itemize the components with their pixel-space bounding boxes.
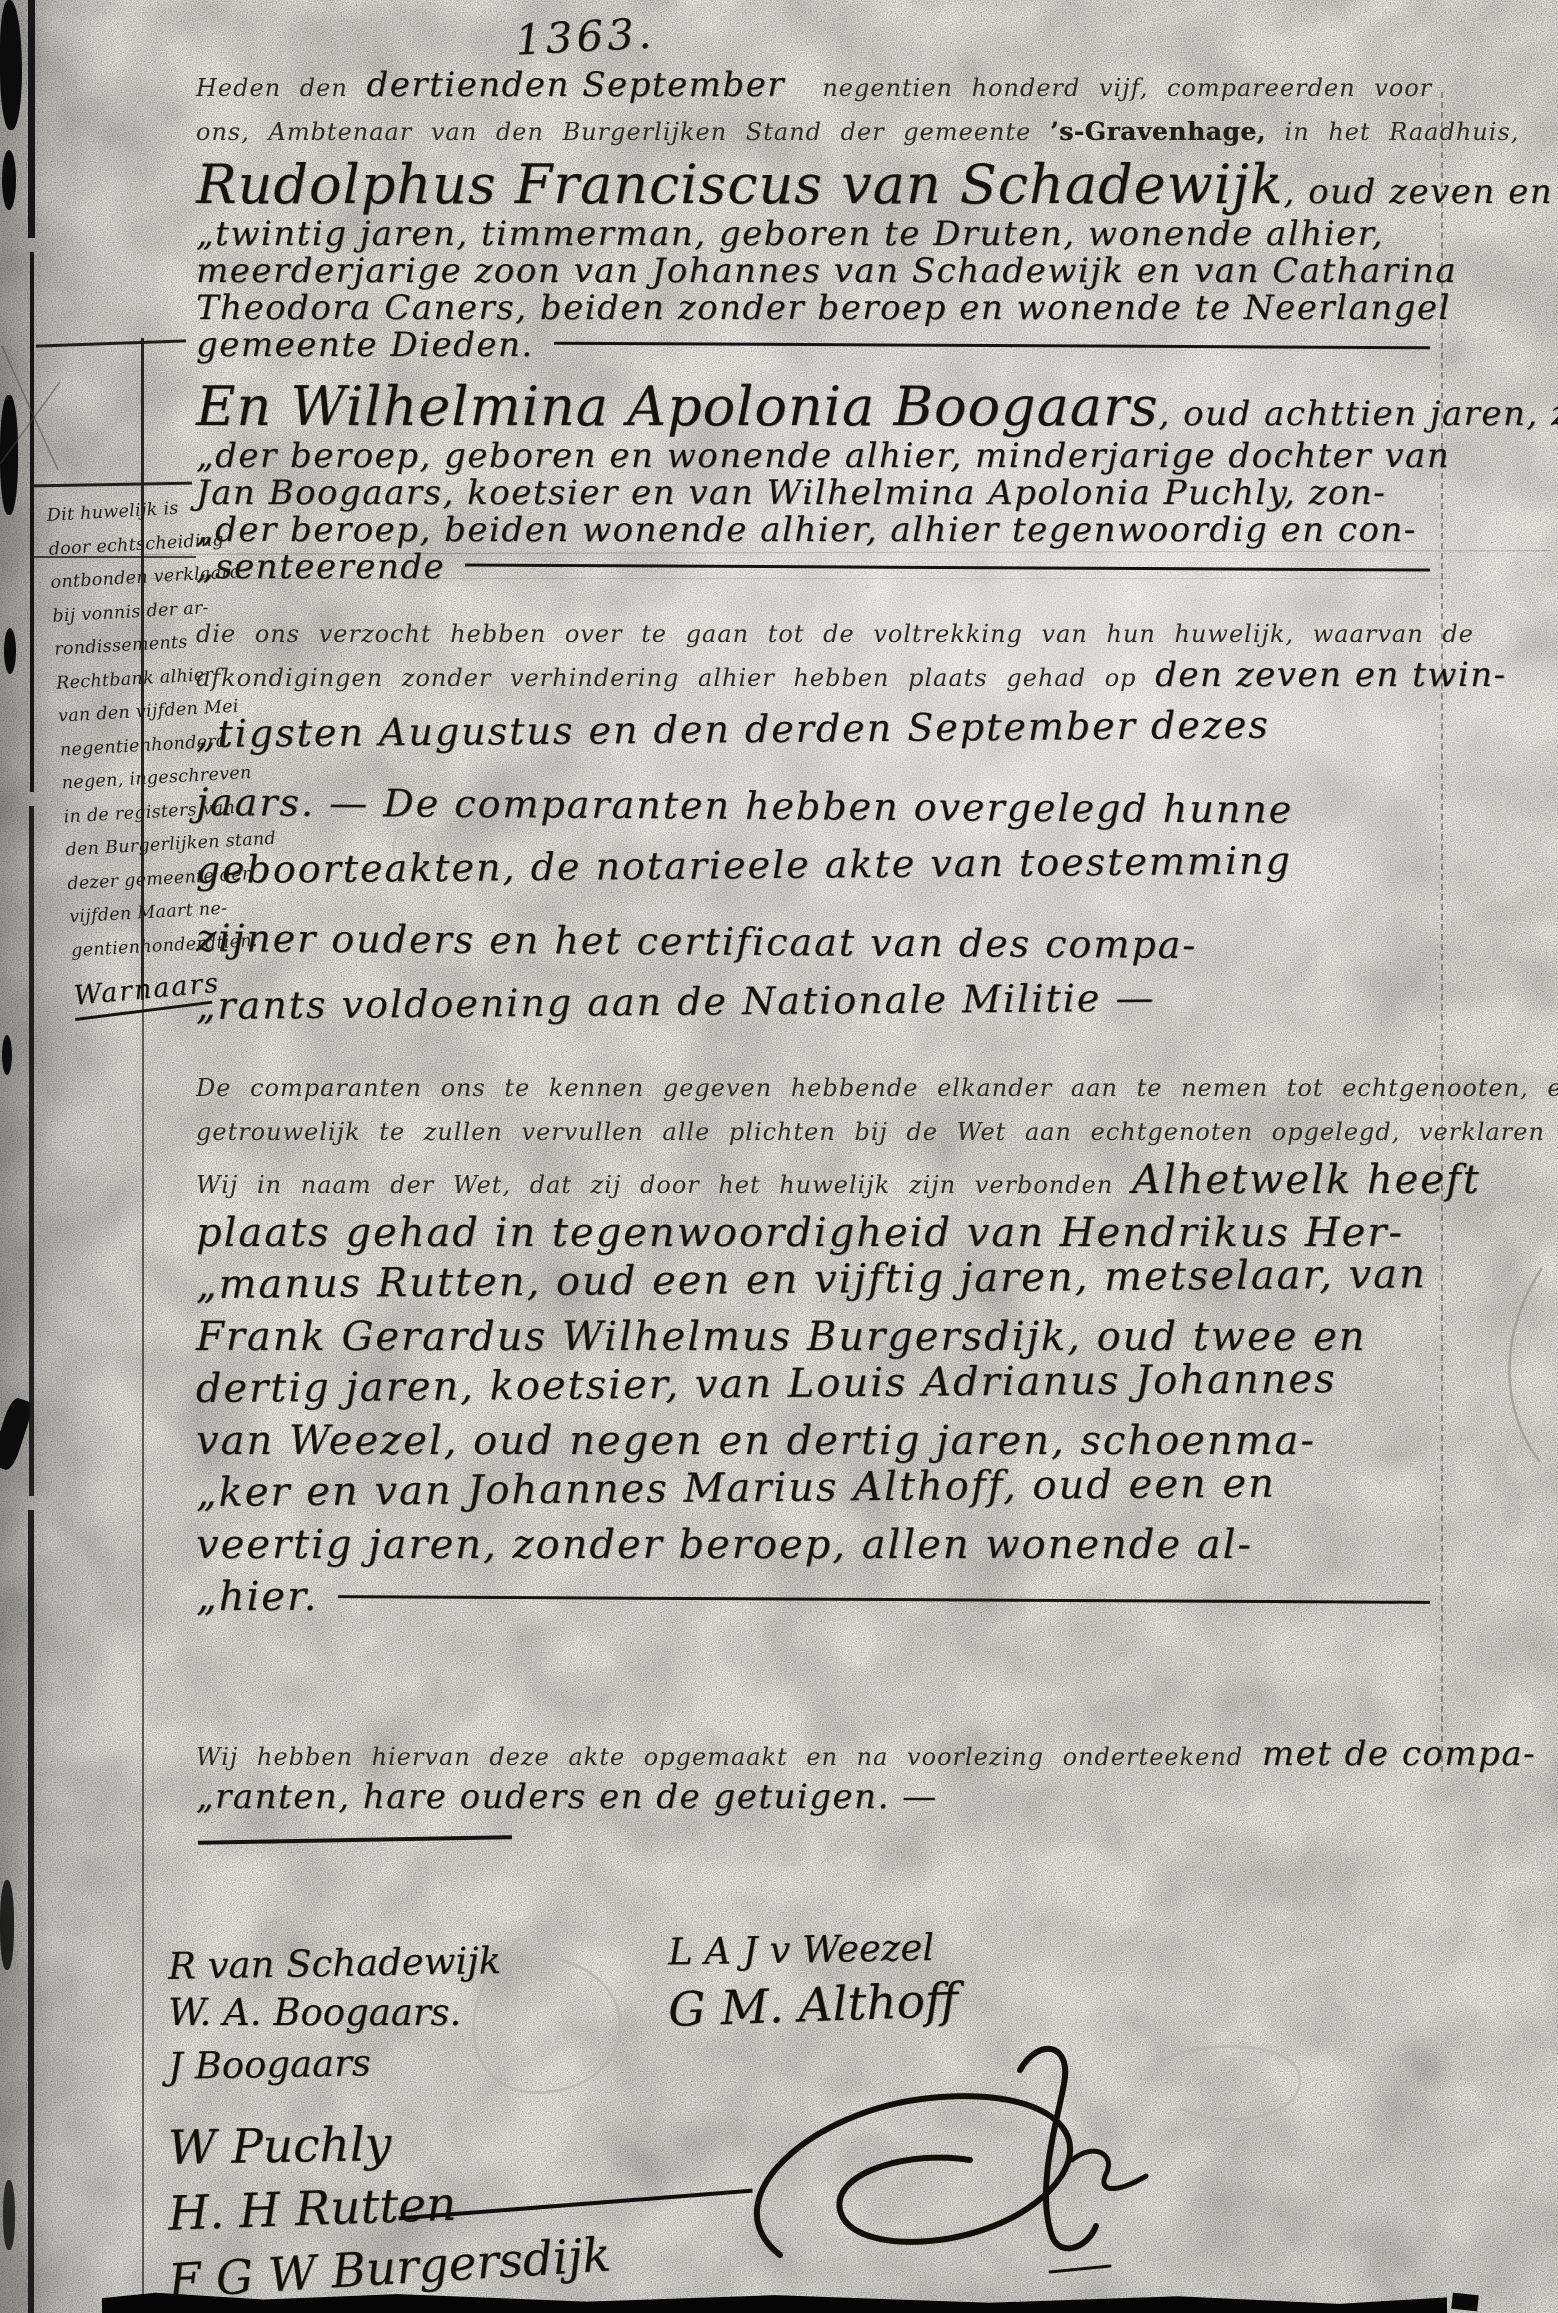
text-segment: Heden den bbox=[196, 66, 366, 110]
filler-rule bbox=[465, 563, 1430, 571]
text-line: „twintig jaren, timmerman, geboren te Dr… bbox=[196, 216, 1444, 253]
text-line: gemeente Dieden. bbox=[196, 327, 1444, 364]
text-segment: „ranten, hare ouders en de getuigen. — bbox=[196, 1779, 938, 1816]
text-segment: met de compa- bbox=[1262, 1736, 1536, 1773]
text-line: „der beroep, geboren en wonende alhier, … bbox=[196, 438, 1444, 475]
page-edge-line bbox=[28, 1510, 34, 2313]
page-edge-line bbox=[30, 252, 34, 792]
text-segment: Wij hebben hiervan deze akte opgemaakt e… bbox=[196, 1735, 1262, 1779]
text-segment: ’s-Gravenhage, bbox=[1050, 110, 1266, 154]
text-line: ons, Ambtenaar van den Burgerlijken Stan… bbox=[196, 110, 1444, 154]
gutter-blob bbox=[2, 1035, 12, 1075]
text-line: Theodora Caners, beiden zonder beroep en… bbox=[196, 290, 1444, 327]
text-segment: „der beroep, geboren en wonende alhier, … bbox=[196, 438, 1450, 475]
text-segment: Rudolphus Franciscus van Schadewijk bbox=[196, 154, 1284, 216]
text-line: „ker en van Johannes Marius Althoff, oud… bbox=[196, 1456, 1444, 1519]
margin-note: Dit huwelijk isdoor echtscheidingontbond… bbox=[46, 492, 223, 1016]
text-segment: Theodora Caners, beiden zonder beroep en… bbox=[196, 290, 1451, 327]
text-line: dertig jaren, koetsier, van Louis Adrian… bbox=[196, 1352, 1444, 1415]
text-segment: getrouwelijk te zullen vervullen alle pl… bbox=[196, 1110, 1545, 1154]
signature: R van Schadewijk bbox=[168, 1934, 612, 1992]
text-segment: dertig jaren, koetsier, van Louis Adrian… bbox=[196, 1353, 1337, 1415]
text-segment: „ker en van Johannes Marius Althoff, oud… bbox=[196, 1458, 1276, 1519]
gutter-blob bbox=[2, 150, 16, 210]
text-line: Rudolphus Franciscus van Schadewijk, oud… bbox=[196, 154, 1444, 216]
text-segment: meerderjarige zoon van Johannes van Scha… bbox=[196, 253, 1457, 290]
signatures-right: L A J v WeezelG M. Althoff bbox=[668, 1925, 958, 2037]
text-line: „tigsten Augustus en den derden Septembe… bbox=[195, 689, 1444, 768]
body-lines: Heden den dertienden September negentien… bbox=[196, 66, 1444, 1862]
text-segment: „der beroep, beiden wonende alhier, alhi… bbox=[196, 512, 1417, 549]
page-edge-line bbox=[28, 0, 35, 238]
signatures-left: R van SchadewijkW. A. Boogaars.J Boogaar… bbox=[168, 1938, 611, 2300]
text-line: „rants voldoening aan de Nationale Milit… bbox=[195, 961, 1444, 1040]
text-segment: dertienden September bbox=[366, 67, 785, 104]
text-segment: „manus Rutten, oud een en vijftig jaren,… bbox=[196, 1248, 1427, 1311]
act-number: 1363. bbox=[514, 8, 657, 64]
text-line: „senteerende bbox=[196, 549, 1444, 586]
text-segment: den zeven en twin- bbox=[1155, 657, 1507, 694]
text-line bbox=[196, 1838, 526, 1862]
document-scan: 1363. Heden den dertienden September neg… bbox=[0, 0, 1558, 2313]
text-segment: „rants voldoening aan de Nationale Milit… bbox=[195, 964, 1155, 1040]
text-line: veertig jaren, zonder beroep, allen wone… bbox=[196, 1519, 1444, 1571]
text-line: Heden den dertienden September negentien… bbox=[196, 66, 1444, 110]
text-line: Wij in naam der Wet, dat zij door het hu… bbox=[196, 1154, 1444, 1207]
registrar-flourish-signature bbox=[720, 2040, 1180, 2313]
text-line: „manus Rutten, oud een en vijftig jaren,… bbox=[196, 1248, 1444, 1311]
page-edge-line bbox=[29, 806, 34, 1496]
text-segment: Jan Boogaars, koetsier en van Wilhelmina… bbox=[196, 475, 1386, 512]
gutter-blob bbox=[0, 395, 18, 515]
gutter-blob bbox=[3, 2180, 15, 2250]
signature: G M. Althoff bbox=[667, 1970, 959, 2042]
text-segment: „twintig jaren, timmerman, geboren te Dr… bbox=[196, 216, 1384, 253]
text-line: „ranten, hare ouders en de getuigen. — bbox=[196, 1779, 1444, 1816]
text-segment: „hier. bbox=[196, 1571, 318, 1623]
text-segment: En Wilhelmina Apolonia Boogaars bbox=[196, 376, 1159, 438]
signature: W Puchly bbox=[167, 2110, 611, 2180]
text-segment: De comparanten ons te kennen gegeven heb… bbox=[196, 1066, 1558, 1110]
scan-artifact-mark bbox=[1451, 2293, 1479, 2312]
signature: J Boogaars bbox=[168, 2034, 612, 2092]
text-segment: die ons verzocht hebben over te gaan tot… bbox=[196, 612, 1474, 656]
text-segment: negentien honderd vijf, compareerden voo… bbox=[785, 66, 1432, 110]
text-segment: in het Raadhuis, bbox=[1266, 110, 1519, 154]
signature: L A J v Weezel bbox=[668, 1922, 959, 1977]
text-segment: gemeente Dieden. bbox=[196, 327, 534, 364]
margin-note-lines: Dit huwelijk isdoor echtscheidingontbond… bbox=[46, 492, 220, 969]
text-line: geboorteakten, de notarieele akte van to… bbox=[195, 825, 1444, 904]
filler-rule bbox=[554, 342, 1430, 350]
text-segment: geboorteakten, de notarieele akte van to… bbox=[195, 826, 1292, 904]
gutter-blob bbox=[0, 0, 22, 130]
text-line: Jan Boogaars, koetsier en van Wilhelmina… bbox=[196, 475, 1444, 512]
margin-ledger-line bbox=[36, 339, 186, 347]
text-line: getrouwelijk te zullen vervullen alle pl… bbox=[196, 1110, 1444, 1154]
text-segment: Wij in naam der Wet, dat zij door het hu… bbox=[196, 1163, 1132, 1207]
text-segment: , oud zeven en bbox=[1284, 174, 1554, 211]
page-curl-mark bbox=[1509, 1268, 1542, 1462]
margin-rule-line bbox=[142, 1000, 144, 2313]
gutter-blob bbox=[4, 628, 16, 674]
text-segment: , oud achttien jaren, zon- bbox=[1159, 396, 1558, 433]
filler-rule bbox=[198, 1835, 512, 1844]
text-line: De comparanten ons te kennen gegeven heb… bbox=[196, 1066, 1444, 1110]
margin-ledger-line bbox=[34, 482, 192, 488]
text-segment: veertig jaren, zonder beroep, allen wone… bbox=[196, 1519, 1253, 1571]
text-line: Wij hebben hiervan deze akte opgemaakt e… bbox=[196, 1735, 1444, 1779]
filler-rule bbox=[338, 1595, 1430, 1604]
pencil-ghost-mark bbox=[1160, 2046, 1300, 2119]
text-line: meerderjarige zoon van Johannes van Scha… bbox=[196, 253, 1444, 290]
text-segment: Alhetwelk heeft bbox=[1132, 1154, 1481, 1206]
text-segment: „tigsten Augustus en den derden Septembe… bbox=[195, 691, 1270, 768]
text-line: „hier. bbox=[196, 1571, 1444, 1623]
gutter-blob bbox=[0, 1880, 14, 1970]
text-line: „der beroep, beiden wonende alhier, alhi… bbox=[196, 512, 1444, 549]
text-segment: ons, Ambtenaar van den Burgerlijken Stan… bbox=[196, 110, 1050, 154]
text-line: die ons verzocht hebben over te gaan tot… bbox=[196, 612, 1444, 656]
text-line: En Wilhelmina Apolonia Boogaars, oud ach… bbox=[196, 376, 1444, 438]
signature: W. A. Boogaars. bbox=[168, 1988, 611, 2038]
